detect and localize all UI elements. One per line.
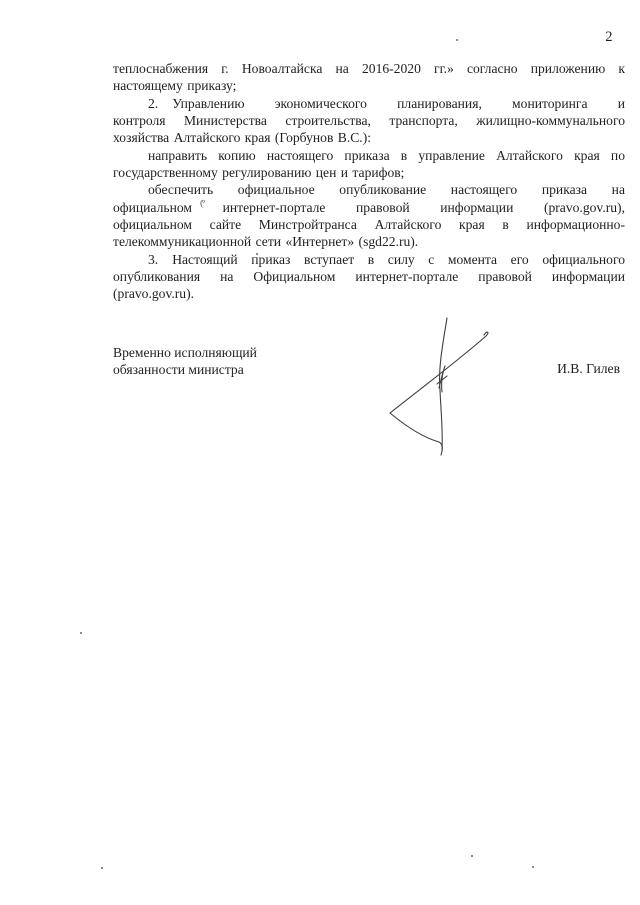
handwritten-signature: [373, 308, 498, 458]
text-line: направить копию настоящего приказа в упр…: [113, 147, 625, 164]
text-line: официальном сайте Минстройтранса Алтайск…: [113, 216, 625, 233]
scan-speck: [532, 866, 534, 868]
scan-speck: [101, 867, 103, 869]
scan-speck: [456, 39, 458, 41]
signer-title-line1: Временно исполняющий: [113, 345, 257, 362]
signer-name: И.В. Гилев: [557, 361, 620, 378]
scan-speck: [80, 632, 82, 634]
list-number: 2.: [148, 96, 172, 111]
list-number: 3.: [148, 252, 172, 267]
scan-speck: [256, 253, 258, 255]
document-body: теплоснабжения г. Новоалтайска на 2016-2…: [113, 60, 625, 303]
text-line: официальном интернет-портале правовой ин…: [113, 199, 625, 216]
scan-speck: [471, 855, 473, 857]
text-line: теплоснабжения г. Новоалтайска на 2016-2…: [113, 60, 625, 77]
signer-title: Временно исполняющий обязанности министр…: [113, 345, 257, 378]
text-line: государственному регулированию цен и тар…: [113, 164, 625, 181]
page-number: 2: [605, 29, 613, 46]
text-line: 3.Настоящий приказ вступает в силу с мом…: [113, 251, 625, 268]
text-line: обеспечить официальное опубликование нас…: [113, 181, 625, 198]
text-line: (pravo.gov.ru).: [113, 285, 625, 302]
text-line: 2.Управлению экономического планирования…: [113, 95, 625, 112]
text-line: опубликования на Официальном интернет-по…: [113, 268, 625, 285]
signature-stroke-diagonal: [390, 332, 488, 413]
signer-title-line2: обязанности министра: [113, 362, 257, 379]
text-line: телекоммуникационной сети «Интернет» (sg…: [113, 233, 625, 250]
signature-stroke-arc: [390, 413, 442, 455]
text-line: настоящему приказу;: [113, 77, 625, 94]
text-line: контроля Министерства строительства, тра…: [113, 112, 625, 129]
text-line: хозяйства Алтайского края (Горбунов В.С.…: [113, 129, 625, 146]
scan-stray-mark: (°: [199, 198, 205, 208]
signature-stroke-vertical: [440, 318, 447, 450]
document-page: 2 теплоснабжения г. Новоалтайска на 2016…: [0, 0, 640, 905]
